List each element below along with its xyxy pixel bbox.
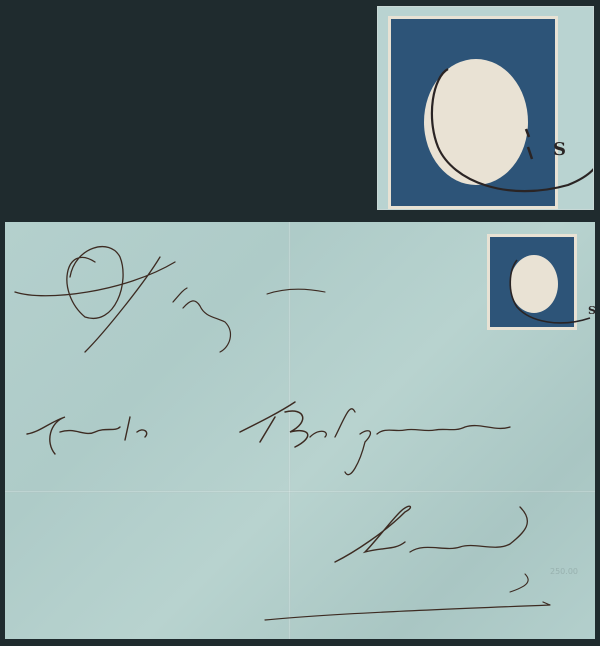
handwriting-and-postmark: [5, 222, 595, 639]
folded-letter-cover: S Sig.r Carlo Belgrano Genova 250.00: [5, 222, 595, 639]
pencil-notation: 250.00: [550, 567, 578, 576]
postmark-letter-enlarged: S: [553, 139, 566, 160]
stamp-enlargement-inset: S: [377, 6, 594, 210]
postmark-circle-enlarged: [378, 7, 594, 210]
postmark-letter: S: [588, 304, 595, 317]
